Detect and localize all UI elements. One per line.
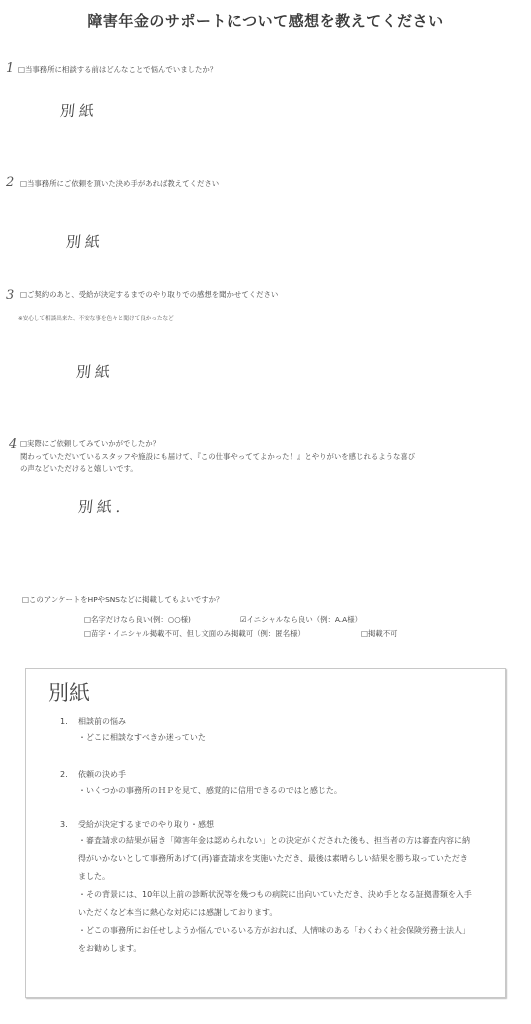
section-1-body: ・どこに相談なすべきか迷っていた (78, 729, 473, 747)
question-3-note: ※安心して相談出来た、不安な事を色々と聞けて良かったなど (18, 314, 174, 322)
option-text-only[interactable]: □苗字・イニシャル掲載不可、但し文面のみ掲載可（例：匿名様） (84, 628, 305, 639)
question-4-label: □実際にご依頼してみていかがでしたか？ (20, 438, 160, 449)
question-4-body: 関わっていただいているスタッフや施設にも届けて、『この仕事やっててよかった！』と… (20, 451, 415, 475)
attachment-title: 別紙 (48, 677, 90, 707)
page-title: 障害年金のサポートについて感想を教えてください (0, 10, 531, 31)
section-2-heading: 2.依頼の決め手 (60, 769, 126, 780)
section-2-body: ・いくつかの事務所のＨＰを見て、感覚的に信用できるのではと感じた。 (78, 782, 473, 800)
section-paragraph: ・どこの事務所にお任せしようか悩んでいるいる方がおれば、人情味のある「わくわく社… (78, 922, 473, 958)
handwritten-number-2: 2 (6, 176, 14, 189)
section-paragraph: ・審査請求の結果が届き「障害年金は認められない」との決定がくだされた後も、担当者… (78, 832, 473, 886)
section-3-heading: 3.受給が決定するまでのやり取り・感想 (60, 819, 214, 830)
handwritten-number-1: 1 (6, 62, 14, 75)
question-3-answer: 別紙 (75, 361, 115, 382)
attachment-sheet: 別紙 1.相談前の悩み ・どこに相談なすべきか迷っていた 2.依頼の決め手 ・い… (25, 668, 506, 998)
question-1-answer: 別紙 (59, 100, 99, 121)
handwritten-number-4: 4 (9, 438, 17, 451)
section-number: 3. (60, 820, 78, 829)
section-3-body: ・審査請求の結果が届き「障害年金は認められない」との決定がくだされた後も、担当者… (78, 832, 473, 958)
option-surname-only[interactable]: □名字だけなら良い(例：○○様) (84, 614, 191, 625)
section-1-heading: 1.相談前の悩み (60, 716, 126, 727)
section-paragraph: ・どこに相談なすべきか迷っていた (78, 729, 473, 747)
option-initials-label: イニシャルなら良い（例：A.A様） (247, 615, 362, 624)
handwritten-number-3: 3 (6, 289, 14, 302)
section-number: 1. (60, 717, 78, 726)
publish-consent-label: □このアンケートをHPやSNSなどに掲載してもよいですか？ (22, 594, 223, 605)
section-paragraph: ・いくつかの事務所のＨＰを見て、感覚的に信用できるのではと感じた。 (78, 782, 473, 800)
section-paragraph: ・その背景には、10年以上前の診断状況等を幾つもの病院に出向いていただき、決め手… (78, 886, 473, 922)
section-heading-text: 相談前の悩み (78, 717, 126, 726)
option-no-publish[interactable]: □掲載不可 (361, 628, 398, 639)
section-heading-text: 依頼の決め手 (78, 770, 126, 779)
question-2-label: □当事務所にご依頼を頂いた決め手があれば教えてください (20, 178, 219, 189)
question-4-body-line: 関わっていただいているスタッフや施設にも届けて、『この仕事やっててよかった！』と… (20, 451, 415, 463)
checked-box-icon: ☑ (240, 615, 247, 624)
question-1-label: □当事務所に相談する前はどんなことで悩んでいましたか？ (18, 64, 217, 75)
question-3-label: □ご契約のあと、受給が決定するまでのやり取りでの感想を聞かせてください (20, 289, 278, 300)
option-initials[interactable]: ☑イニシャルなら良い（例：A.A様） (240, 614, 362, 625)
question-4-answer: 別紙. (77, 496, 126, 517)
section-heading-text: 受給が決定するまでのやり取り・感想 (78, 820, 214, 829)
question-2-answer: 別紙 (65, 231, 105, 252)
question-4-body-line: の声などいただけると嬉しいです。 (20, 463, 415, 475)
section-number: 2. (60, 770, 78, 779)
